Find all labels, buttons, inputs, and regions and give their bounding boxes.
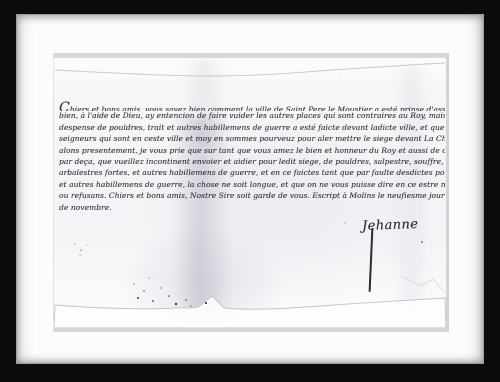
manuscript-line: bien, à l'aide de Dieu, ay entencion de … xyxy=(59,111,445,122)
framed-manuscript-photo: Chiers et bons amis, vous savez bien com… xyxy=(0,0,500,382)
signature-jehanne: Jehanne xyxy=(362,217,419,234)
manuscript-line: ou refusans. Chiers et bons amis, Nostre… xyxy=(59,191,445,202)
paper-bottom-edge xyxy=(54,296,446,328)
manuscript-line: alons presentement, je vous prie que sur… xyxy=(59,146,445,157)
paper-sheet: Chiers et bons amis, vous savez bien com… xyxy=(54,58,446,328)
manuscript-line: Chiers et bons amis, vous savez bien com… xyxy=(59,100,445,111)
manuscript-line: de novembre. xyxy=(59,203,445,214)
crease-bottom-right xyxy=(401,276,445,293)
manuscript-line: despense de pouldres, trait et autres ha… xyxy=(59,123,445,134)
manuscript-photo: Chiers et bons amis, vous savez bien com… xyxy=(53,53,449,332)
manuscript-line: par deça, que vueillez incontinent envoi… xyxy=(59,157,445,168)
manuscript-line: seigneurs qui sont en ceste ville et moy… xyxy=(59,134,445,145)
crease-top xyxy=(55,63,445,76)
manuscript-line: arbalestres fortes, et autres habillemen… xyxy=(59,168,445,179)
mat-board: Chiers et bons amis, vous savez bien com… xyxy=(16,14,484,364)
manuscript-text: Chiers et bons amis, vous savez bien com… xyxy=(59,100,445,214)
manuscript-line: et autres habillemens de guerre, la chos… xyxy=(59,180,445,191)
